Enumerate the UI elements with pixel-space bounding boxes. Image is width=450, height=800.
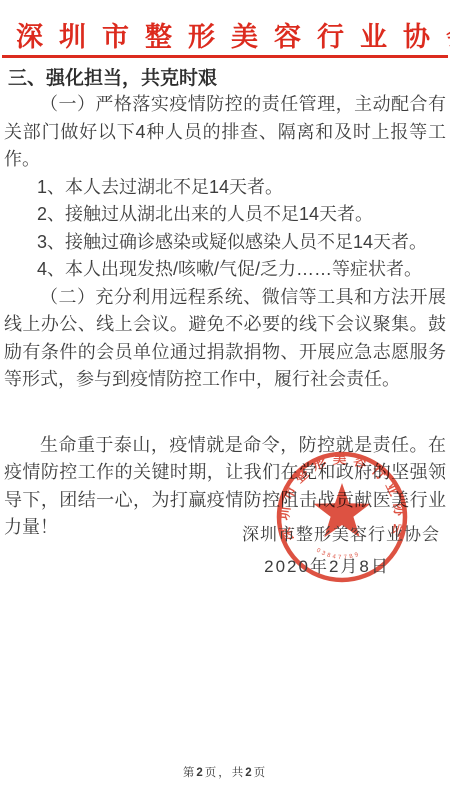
- signature-date: 2020年2月8日: [242, 552, 440, 577]
- footer-suffix: 页: [254, 767, 268, 779]
- list-item: 1、本人去过湖北不足14天者。: [37, 174, 446, 202]
- footer-total-pages: 2: [245, 767, 253, 779]
- letterhead-title: 深圳市整形美容行业协会: [0, 15, 450, 54]
- letterhead-divider: [2, 55, 448, 58]
- section-heading: 三、强化担当，共克时艰: [8, 63, 442, 90]
- list-item: 3、接触过确诊感染或疑似感染人员不足14天者。: [37, 229, 446, 257]
- paragraph-responsibility: （一）严格落实疫情防控的责任管理，主动配合有关部门做好以下4种人员的排查、隔离和…: [4, 91, 446, 174]
- list-item: 2、接触过从湖北出来的人员不足14天者。: [37, 201, 446, 229]
- signature-block: 深圳市整形美容行业协会 2020年2月8日: [242, 520, 440, 577]
- footer-current-page: 2: [196, 767, 204, 779]
- footer-prefix: 第: [183, 767, 197, 779]
- screening-list: 1、本人去过湖北不足14天者。 2、接触过从湖北出来的人员不足14天者。 3、接…: [4, 174, 446, 284]
- footer-separator: 页，共: [205, 767, 246, 779]
- list-item: 4、本人出现发热/咳嗽/气促/乏力……等症状者。: [37, 256, 446, 284]
- page-footer: 第2页，共2页: [0, 764, 450, 780]
- document-page: 深圳市整形美容行业协会 三、强化担当，共克时艰 （一）严格落实疫情防控的责任管理…: [0, 0, 450, 800]
- signature-org: 深圳市整形美容行业协会: [242, 520, 440, 545]
- document-body: （一）严格落实疫情防控的责任管理，主动配合有关部门做好以下4种人员的排查、隔离和…: [4, 91, 446, 542]
- paragraph-remote-work: （二）充分利用远程系统、微信等工具和方法开展线上办公、线上会议。避免不必要的线下…: [4, 284, 446, 394]
